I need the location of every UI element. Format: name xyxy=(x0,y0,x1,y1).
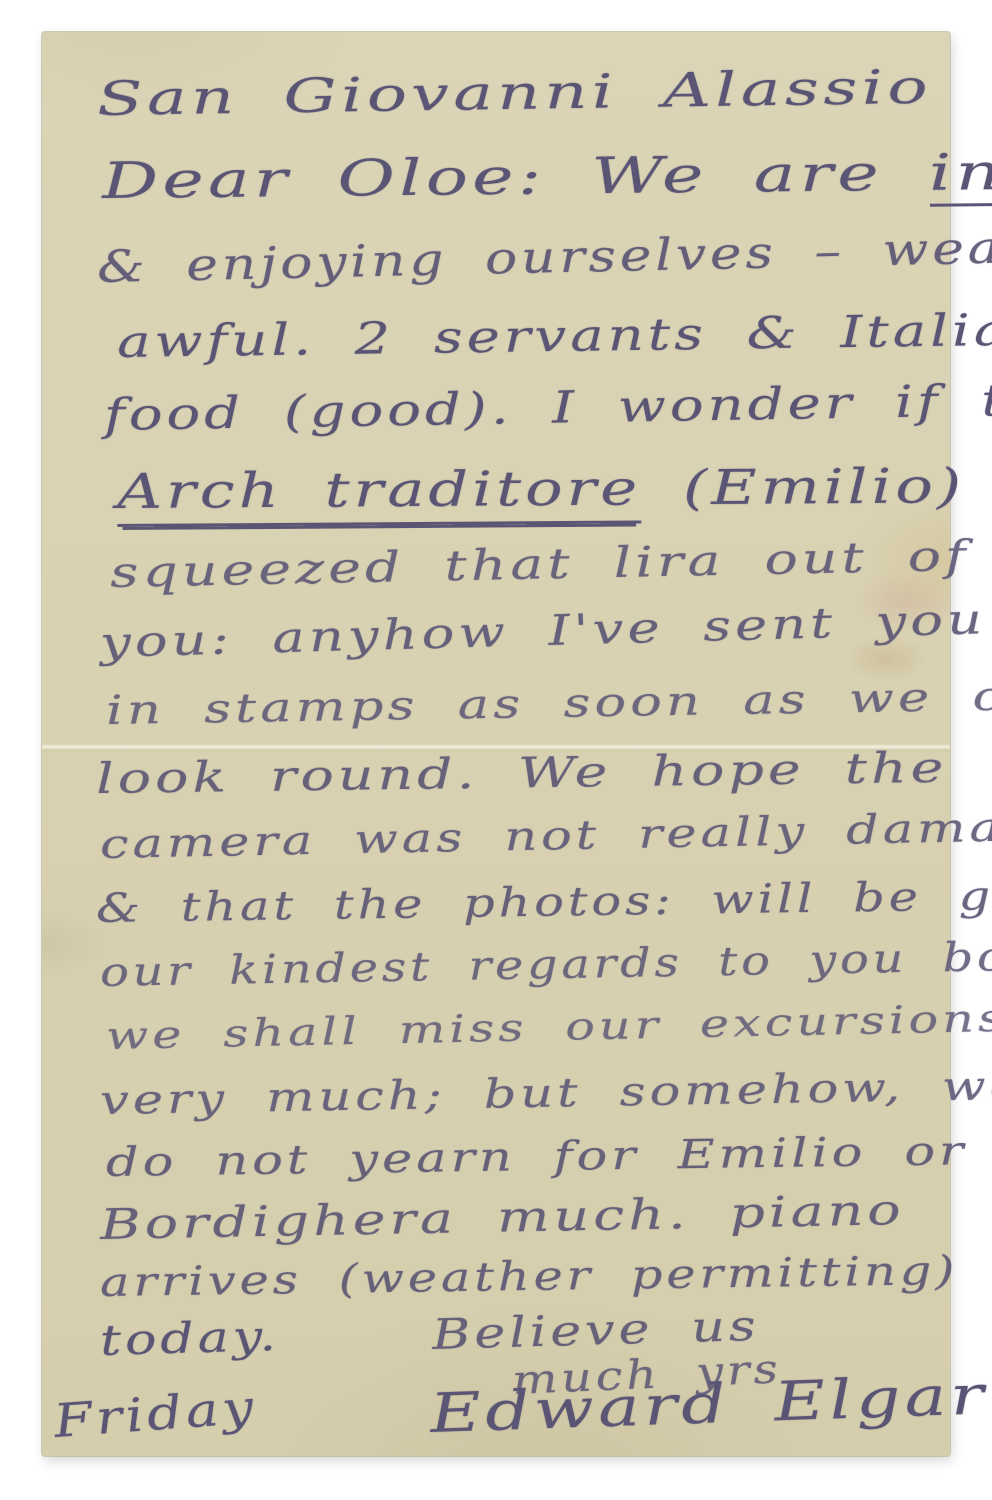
letter-line-place: San Giovanni Alassio xyxy=(96,60,932,127)
letter-line: & that the photos: will be good xyxy=(96,872,992,932)
underlined-word-in: in xyxy=(928,143,992,207)
line-text: & enjoying ourselves – weather xyxy=(96,220,992,293)
line-text: look round. We hope the xyxy=(95,743,947,803)
letter-line: awful. 2 servants & Italian xyxy=(116,304,992,368)
line-text: awful. 2 servants & Italian xyxy=(116,304,992,368)
letter-line-with-superscript: you: anyhow I've sent you50c. xyxy=(99,591,992,667)
line-text: arrives (weather permitting) xyxy=(100,1248,959,1306)
line-text: today. xyxy=(99,1311,281,1365)
letter-line: squeezed that lira out of xyxy=(109,531,970,597)
letter-line: camera was not really damaged xyxy=(99,803,992,868)
line-text: Bordighera much. piano xyxy=(99,1185,905,1249)
letter-line: our kindest regards to you both: xyxy=(99,933,992,996)
date-text: Friday xyxy=(51,1379,259,1448)
letter-line: do not yearn for Emilio or xyxy=(105,1128,967,1186)
letter-line: food (good). I wonder if the xyxy=(103,374,992,441)
underlined-phrase: Arch traditore xyxy=(117,460,642,527)
letter-line: we shall miss our excursions xyxy=(105,996,992,1058)
line-text: squeezed that lira out of xyxy=(109,531,970,597)
scanned-letter-photo: San Giovanni Alassio Dear Oloe: We are i… xyxy=(0,0,992,1500)
place-text: San Giovanni Alassio xyxy=(96,60,932,127)
line-text: camera was not really damaged xyxy=(99,803,992,868)
letter-line: look round. We hope the xyxy=(95,743,947,803)
letter-line: arrives (weather permitting) xyxy=(100,1248,959,1306)
line-text: you: anyhow I've sent you xyxy=(99,594,987,667)
letter-line: & enjoying ourselves – weather xyxy=(96,220,992,293)
line-text: do not yearn for Emilio or xyxy=(105,1128,967,1186)
letter-paper: San Giovanni Alassio Dear Oloe: We are i… xyxy=(42,32,950,1456)
line-text: we shall miss our excursions xyxy=(105,996,992,1058)
letter-line: very much; but somehow, we xyxy=(99,1063,992,1124)
letter-line: Bordighera much. piano xyxy=(99,1185,905,1249)
letter-line: in stamps as soon as we can xyxy=(105,673,992,734)
line-text: (Emilio) xyxy=(641,458,966,516)
line-text: & that the photos: will be good xyxy=(96,872,992,932)
line-text: our kindest regards to you both: xyxy=(99,933,992,996)
salutation-text: Dear Oloe: We are xyxy=(101,144,929,210)
letter-line-salutation: Dear Oloe: We are in xyxy=(101,143,992,210)
letter-line-today: today. xyxy=(99,1311,281,1365)
line-text: in stamps as soon as we can xyxy=(105,673,992,734)
line-text: very much; but somehow, we xyxy=(99,1063,992,1124)
letter-line-underlined-phrase: Arch traditore (Emilio) xyxy=(117,458,966,520)
line-text: food (good). I wonder if the xyxy=(103,374,992,441)
date-note: Friday xyxy=(51,1379,259,1448)
